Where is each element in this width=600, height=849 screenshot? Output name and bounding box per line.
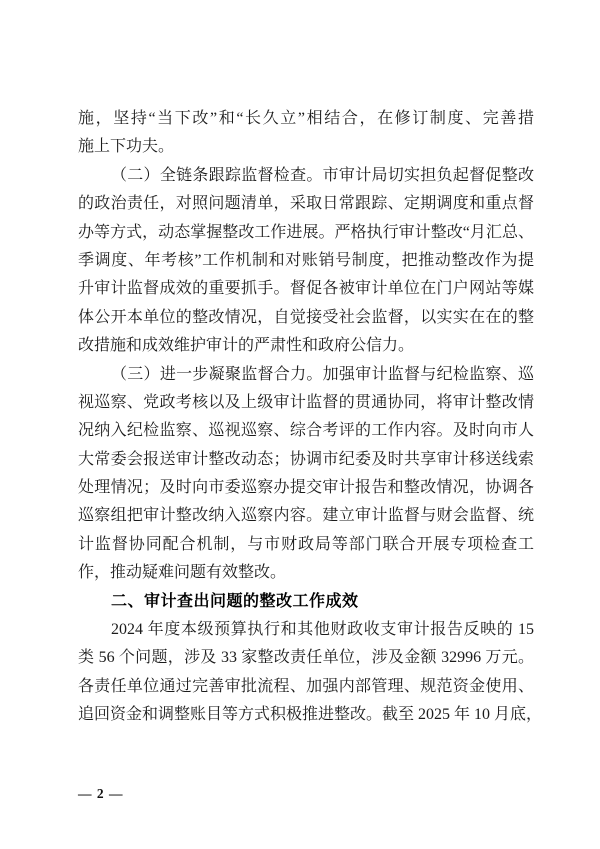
text-line: 视巡察、党政考核以及上级审计监督的贯通协同，将审计整改情 [78,389,534,417]
text-line: 施上下功夫。 [78,133,534,161]
text-line: 升审计监督成效的重要抓手。督促各被审计单位在门户网站等媒 [78,275,534,303]
text-line: 作，推动疑难问题有效整改。 [78,559,534,587]
page-number: — 2 — [78,786,124,802]
document-body: 施，坚持“当下改”和“长久立”相结合，在修订制度、完善措施上下功夫。（二）全链条… [78,105,534,730]
text-line: 改措施和成效维护审计的严肃性和政府公信力。 [78,332,534,360]
text-line: 的政治责任，对照问题清单，采取日常跟踪、定期调度和重点督 [78,190,534,218]
text-line: （二）全链条跟踪监督检查。市审计局切实担负起督促整改 [78,162,534,190]
text-line: 2024 年度本级预算执行和其他财政收支审计报告反映的 15 [78,616,534,644]
text-line: 施，坚持“当下改”和“长久立”相结合，在修订制度、完善措 [78,105,534,133]
text-line: 处理情况；及时向市委巡察办提交审计报告和整改情况，协调各 [78,474,534,502]
text-line: 办等方式，动态掌握整改工作进展。严格执行审计整改“月汇总、 [78,219,534,247]
text-line: 况纳入纪检监察、巡视巡察、综合考评的工作内容。及时向市人 [78,417,534,445]
document-page: 施，坚持“当下改”和“长久立”相结合，在修订制度、完善措施上下功夫。（二）全链条… [0,0,600,849]
text-line: 计监督协同配合机制，与市财政局等部门联合开展专项检查工 [78,531,534,559]
text-line: 追回资金和调整账目等方式积极推进整改。截至 2025 年 10 月底， [78,701,534,729]
text-line: 体公开本单位的整改情况，自觉接受社会监督，以实实在在的整 [78,304,534,332]
text-line: 类 56 个问题，涉及 33 家整改责任单位，涉及金额 32996 万元。 [78,644,534,672]
section-heading: 二、审计查出问题的整改工作成效 [78,588,534,616]
text-line: 巡察组把审计整改纳入巡察内容。建立审计监督与财会监督、统 [78,502,534,530]
text-line: 各责任单位通过完善审批流程、加强内部管理、规范资金使用、 [78,673,534,701]
text-line: （三）进一步凝聚监督合力。加强审计监督与纪检监察、巡 [78,361,534,389]
text-line: 大常委会报送审计整改动态；协调市纪委及时共享审计移送线索 [78,446,534,474]
text-line: 季调度、年考核”工作机制和对账销号制度，把推动整改作为提 [78,247,534,275]
